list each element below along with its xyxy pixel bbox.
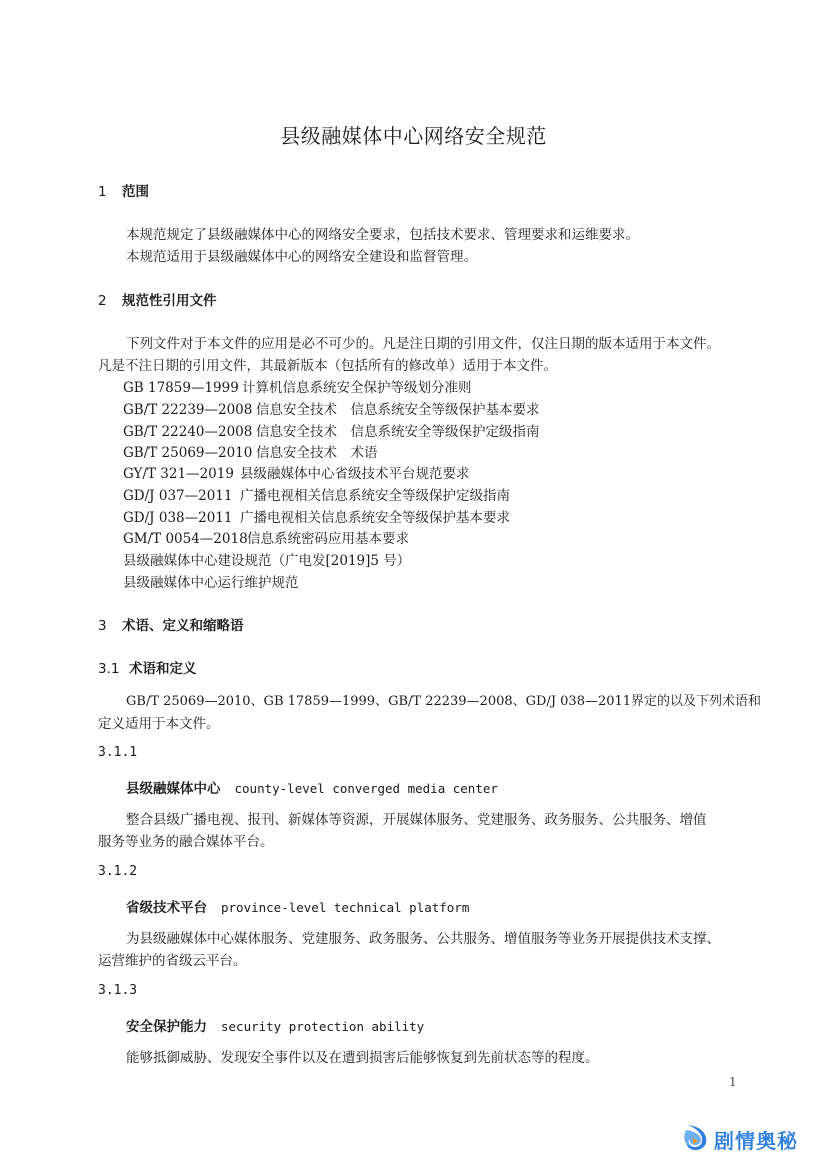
paragraph: 本规范规定了县级融媒体中心的网络安全要求，包括技术要求、管理要求和运维要求。 bbox=[126, 223, 639, 243]
reference-code: GD/J 037—2011 bbox=[123, 488, 240, 504]
reference-title: 县级融媒体中心运行维护规范 bbox=[123, 575, 299, 591]
paragraph: 定义适用于本文件。 bbox=[98, 712, 220, 732]
term-english: security protection ability bbox=[221, 1019, 424, 1034]
section-2-heading: 2规范性引用文件 bbox=[98, 289, 217, 309]
reference-item: GY/T 321—2019县级融媒体中心省级技术平台规范要求 bbox=[123, 462, 470, 482]
reference-code: GB/T 22240—2008 bbox=[123, 424, 256, 440]
reference-item: GD/J 038—2011广播电视相关信息系统安全等级保护基本要求 bbox=[123, 506, 510, 526]
reference-title: 信息安全技术 信息系统安全等级保护基本要求 bbox=[256, 402, 540, 418]
term-definition: 整合县级广播电视、报刊、新媒体等资源，开展媒体服务、党建服务、政务服务、公共服务… bbox=[126, 808, 707, 828]
reference-code: GB/T 22239—2008 bbox=[123, 402, 256, 418]
reference-code: GB/T 25069—2010 bbox=[123, 445, 256, 461]
watermark-text: 剧情奥秘 bbox=[714, 1125, 798, 1154]
reference-title: 信息安全技术 信息系统安全等级保护定级指南 bbox=[256, 424, 540, 440]
term-english: county-level converged media center bbox=[235, 781, 498, 796]
reference-code: GB 17859—1999 bbox=[123, 380, 242, 396]
section-3-heading: 3术语、定义和缩略语 bbox=[98, 614, 244, 634]
reference-code: GY/T 321—2019 bbox=[123, 466, 240, 482]
section-3-1-heading: 3.1术语和定义 bbox=[98, 657, 197, 677]
term-definition: 运营维护的省级云平台。 bbox=[98, 949, 247, 969]
reference-item: GB/T 22239—2008信息安全技术 信息系统安全等级保护基本要求 bbox=[123, 398, 540, 418]
section-number: 1 bbox=[98, 184, 122, 200]
swirl-play-logo-icon bbox=[682, 1122, 710, 1156]
term-chinese: 省级技术平台 bbox=[126, 900, 207, 916]
term-heading: 安全保护能力security protection ability bbox=[126, 1015, 424, 1035]
reference-title: 信息系统密码应用基本要求 bbox=[247, 531, 409, 547]
term-heading: 省级技术平台province-level technical platform bbox=[126, 896, 469, 916]
reference-title: 县级融媒体中心省级技术平台规范要求 bbox=[240, 466, 470, 482]
reference-item: GD/J 037—2011广播电视相关信息系统安全等级保护定级指南 bbox=[123, 484, 510, 504]
paragraph: 本规范适用于县级融媒体中心的网络安全建设和监督管理。 bbox=[126, 245, 477, 265]
reference-title: 广播电视相关信息系统安全等级保护定级指南 bbox=[240, 488, 510, 504]
paragraph: GB/T 25069—2010、GB 17859—1999、GB/T 22239… bbox=[126, 690, 761, 709]
term-chinese: 安全保护能力 bbox=[126, 1019, 207, 1035]
section-title: 范围 bbox=[122, 184, 149, 200]
section-number: 3 bbox=[98, 618, 122, 634]
term-definition: 能够抵御威胁、发现安全事件以及在遭到损害后能够恢复到先前状态等的程度。 bbox=[126, 1046, 599, 1066]
reference-item: GM/T 0054—2018信息系统密码应用基本要求 bbox=[123, 527, 409, 547]
reference-code: GD/J 038—2011 bbox=[123, 510, 240, 526]
term-chinese: 县级融媒体中心 bbox=[126, 781, 221, 797]
section-title: 术语、定义和缩略语 bbox=[122, 618, 244, 634]
reference-item: GB 17859—1999计算机信息系统安全保护等级划分准则 bbox=[123, 376, 472, 396]
paragraph: 下列文件对于本文件的应用是必不可少的。凡是注日期的引用文件，仅注日期的版本适用于… bbox=[126, 332, 720, 352]
watermark: 剧情奥秘 bbox=[682, 1122, 798, 1156]
reference-code: GM/T 0054—2018 bbox=[123, 531, 247, 547]
page-number: 1 bbox=[729, 1075, 737, 1089]
term-definition: 服务等业务的融合媒体平台。 bbox=[98, 830, 274, 850]
reference-title: 计算机信息系统安全保护等级划分准则 bbox=[242, 380, 472, 396]
section-1-heading: 1范围 bbox=[98, 180, 149, 200]
paragraph: 凡是不注日期的引用文件，其最新版本（包括所有的修改单）适用于本文件。 bbox=[98, 354, 557, 374]
section-number: 2 bbox=[98, 293, 122, 309]
term-number: 3.1.2 bbox=[98, 864, 137, 879]
term-number: 3.1.1 bbox=[98, 745, 137, 760]
term-definition: 为县级融媒体中心媒体服务、党建服务、政务服务、公共服务、增值服务等业务开展提供技… bbox=[126, 927, 720, 947]
reference-title: 广播电视相关信息系统安全等级保护基本要求 bbox=[240, 510, 510, 526]
reference-item: 县级融媒体中心运行维护规范 bbox=[123, 571, 299, 591]
document-page: 县级融媒体中心网络安全规范 1范围 本规范规定了县级融媒体中心的网络安全要求，包… bbox=[0, 0, 827, 1170]
section-title: 规范性引用文件 bbox=[122, 293, 217, 309]
term-number: 3.1.3 bbox=[98, 983, 137, 998]
section-number: 3.1 bbox=[98, 661, 129, 677]
reference-item: 县级融媒体中心建设规范（广电发[2019]5 号） bbox=[123, 549, 410, 569]
reference-title: 县级融媒体中心建设规范（广电发[2019]5 号） bbox=[123, 553, 410, 569]
term-english: province-level technical platform bbox=[221, 900, 469, 915]
term-heading: 县级融媒体中心county-level converged media cent… bbox=[126, 777, 498, 797]
section-title: 术语和定义 bbox=[129, 661, 197, 677]
reference-item: GB/T 22240—2008信息安全技术 信息系统安全等级保护定级指南 bbox=[123, 420, 540, 440]
reference-title: 信息安全技术 术语 bbox=[256, 445, 378, 461]
reference-item: GB/T 25069—2010信息安全技术 术语 bbox=[123, 441, 378, 461]
document-title: 县级融媒体中心网络安全规范 bbox=[0, 120, 827, 149]
